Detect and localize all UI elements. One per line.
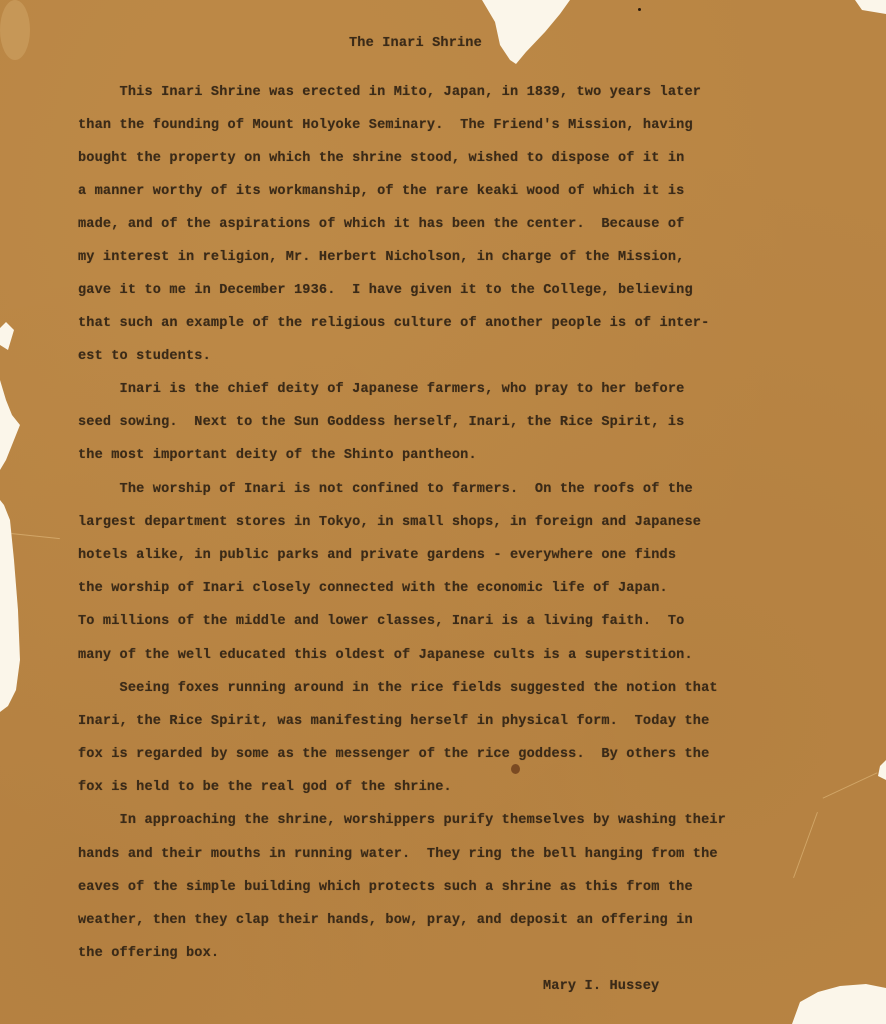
text-line: This Inari Shrine was erected in Mito, J…: [78, 85, 701, 100]
typewritten-page: The Inari Shrine This Inari Shrine was e…: [0, 0, 886, 1024]
text-line: hotels alike, in public parks and privat…: [78, 548, 676, 563]
text-line: The worship of Inari is not confined to …: [78, 482, 693, 497]
text-line: that such an example of the religious cu…: [78, 316, 709, 331]
text-line: my interest in religion, Mr. Herbert Nic…: [78, 250, 684, 265]
text-line: the worship of Inari closely connected w…: [78, 581, 668, 596]
text-line: fox is held to be the real god of the sh…: [78, 780, 452, 795]
text-line: many of the well educated this oldest of…: [78, 648, 693, 663]
text-line: To millions of the middle and lower clas…: [78, 614, 684, 629]
paper-crease: [823, 772, 878, 798]
text-line: made, and of the aspirations of which it…: [78, 217, 684, 232]
text-line: hands and their mouths in running water.…: [78, 847, 718, 862]
text-line: a manner worthy of its workmanship, of t…: [78, 184, 684, 199]
text-line: seed sowing. Next to the Sun Goddess her…: [78, 415, 684, 430]
document-title: The Inari Shrine: [349, 36, 482, 51]
text-line: weather, then they clap their hands, bow…: [78, 913, 693, 928]
text-line: than the founding of Mount Holyoke Semin…: [78, 118, 693, 133]
ink-dot: [638, 8, 641, 11]
paper-crease: [0, 532, 60, 539]
paper-crease: [793, 812, 818, 878]
ink-stain: [511, 764, 520, 774]
text-line: fox is regarded by some as the messenger…: [78, 747, 709, 762]
paper-blemish: [0, 0, 30, 60]
text-line: eaves of the simple building which prote…: [78, 880, 693, 895]
text-line: bought the property on which the shrine …: [78, 151, 684, 166]
text-line: Inari is the chief deity of Japanese far…: [78, 382, 684, 397]
text-line: the most important deity of the Shinto p…: [78, 448, 477, 463]
text-line: the offering box.: [78, 946, 219, 961]
text-line: In approaching the shrine, worshippers p…: [78, 813, 726, 828]
author-signature: Mary I. Hussey: [543, 979, 659, 994]
text-line: largest department stores in Tokyo, in s…: [78, 515, 701, 530]
text-line: gave it to me in December 1936. I have g…: [78, 283, 693, 298]
text-line: Inari, the Rice Spirit, was manifesting …: [78, 714, 709, 729]
text-line: est to students.: [78, 349, 211, 364]
text-line: Seeing foxes running around in the rice …: [78, 681, 718, 696]
